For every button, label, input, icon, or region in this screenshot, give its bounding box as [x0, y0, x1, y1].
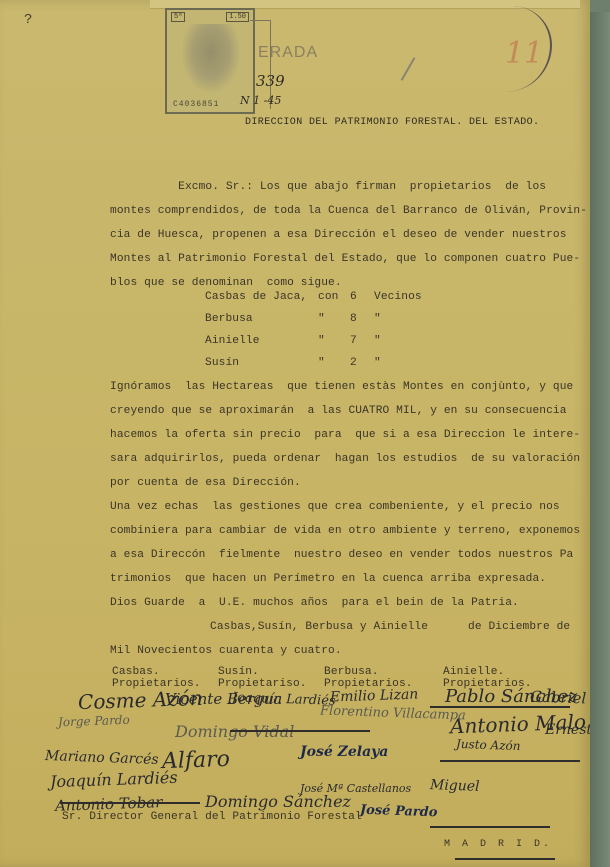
addressee: Sr. Director General del Patrimonio Fore…: [62, 811, 362, 823]
body-line: por cuenta de esa Dirección.: [110, 477, 301, 489]
body-line: Dios Guarde a U.E. muchos años para el b…: [110, 597, 519, 609]
stamp-value-right: 1.50: [226, 12, 249, 22]
village-suffix: ": [374, 313, 381, 325]
body-line: creyendo que se aproximarán a las CUATRO…: [110, 405, 567, 417]
closing-place: Casbas,Susín, Berbusa y Ainielle: [210, 621, 428, 633]
body-line: Ignóramos las Hectareas que tienen estàs…: [110, 381, 573, 393]
registry-stamp-word: ERADA: [258, 44, 318, 62]
stamp-value-left: 5ª: [171, 12, 185, 22]
signature-underline: [230, 730, 370, 732]
village-name: Susín: [205, 357, 239, 369]
body-line: hacemos la oferta sin precio para que si…: [110, 429, 580, 441]
body-line: Montes al Patrimonio Forestal del Estado…: [110, 253, 580, 265]
closing-date-b: Mil Novecientos cuarenta y cuatro.: [110, 645, 342, 657]
body-line: montes comprendidos, de toda la Cuenca d…: [110, 205, 587, 217]
folio-arc-mark: [480, 6, 552, 92]
body-line: trimonios que hacen un Perímetro en la c…: [110, 573, 546, 585]
village-name: Berbusa: [205, 313, 253, 325]
village-suffix: ": [374, 357, 381, 369]
closing-date-a: de Diciembre de: [468, 621, 570, 633]
village-suffix: Vecinos: [374, 291, 422, 303]
owner-role: Propietariso.: [218, 678, 307, 690]
village-name: Ainielle: [205, 335, 260, 347]
owner-village: Ainielle.: [443, 666, 504, 678]
signature: Joaquín Lardiés: [50, 768, 178, 791]
village-suffix: ": [374, 335, 381, 347]
city: M A D R I D.: [444, 839, 552, 850]
village-vecinos: 8: [350, 313, 357, 325]
signature-underline: [60, 802, 200, 804]
pencil-mark: [401, 57, 416, 81]
body-line: a esa Direccón fielmente nuestro deseo e…: [110, 549, 573, 561]
body-line: combiniera para cambiar de vida en otro …: [110, 525, 580, 537]
body-line: blos que se denominan como sigue.: [110, 277, 342, 289]
signature: José Zelaya: [300, 744, 388, 760]
signature-underline: [440, 760, 580, 762]
background-edge: [590, 12, 610, 867]
corner-mark: ?: [24, 12, 32, 28]
letter-header: DIRECCION DEL PATRIMONIO FORESTAL. DEL E…: [245, 117, 539, 128]
signature: Domingo Sánchez: [205, 792, 351, 811]
signature: Jorge Pardo: [58, 713, 130, 729]
village-prefix: con: [318, 291, 338, 303]
signature: Justo Azón: [456, 737, 521, 753]
village-prefix: ": [318, 313, 325, 325]
registry-date: N 1 -45: [240, 94, 281, 107]
signature: Domingo Vidal: [175, 722, 294, 741]
signature: Miguel: [430, 777, 480, 795]
body-line: Una vez echas las gestiones que crea com…: [110, 501, 560, 513]
village-vecinos: 6: [350, 291, 357, 303]
document-page: ? 5ª 1.50 C4036851 ERADA 339 N 1 -45 11 …: [0, 0, 590, 867]
body-line: cia de Huesca, propenen a esa Dirección …: [110, 229, 567, 241]
village-name: Casbas de Jaca,: [205, 291, 307, 303]
owner-village: Berbusa.: [324, 666, 379, 678]
signature-underline: [455, 858, 555, 860]
village-vecinos: 7: [350, 335, 357, 347]
body-line: sara adquirirlos, pueda ordenar hagan lo…: [110, 453, 580, 465]
allegorical-figure-icon: [181, 24, 241, 94]
signature: Emilio Lizan: [330, 686, 419, 705]
village-vecinos: 2: [350, 357, 357, 369]
signature-underline: [430, 826, 550, 828]
signature: Mariano Garcés: [45, 748, 159, 768]
village-prefix: ": [318, 357, 325, 369]
signature: José Pardo: [360, 803, 438, 821]
body-line: Excmo. Sr.: Los que abajo firman propiet…: [110, 181, 546, 193]
owner-village: Susín.: [218, 666, 259, 678]
stamp-serial: C4036851: [173, 100, 219, 109]
owner-village: Casbas.: [112, 666, 160, 678]
signature-underline: [430, 706, 570, 708]
village-prefix: ": [318, 335, 325, 347]
registry-number: 339: [256, 72, 285, 90]
